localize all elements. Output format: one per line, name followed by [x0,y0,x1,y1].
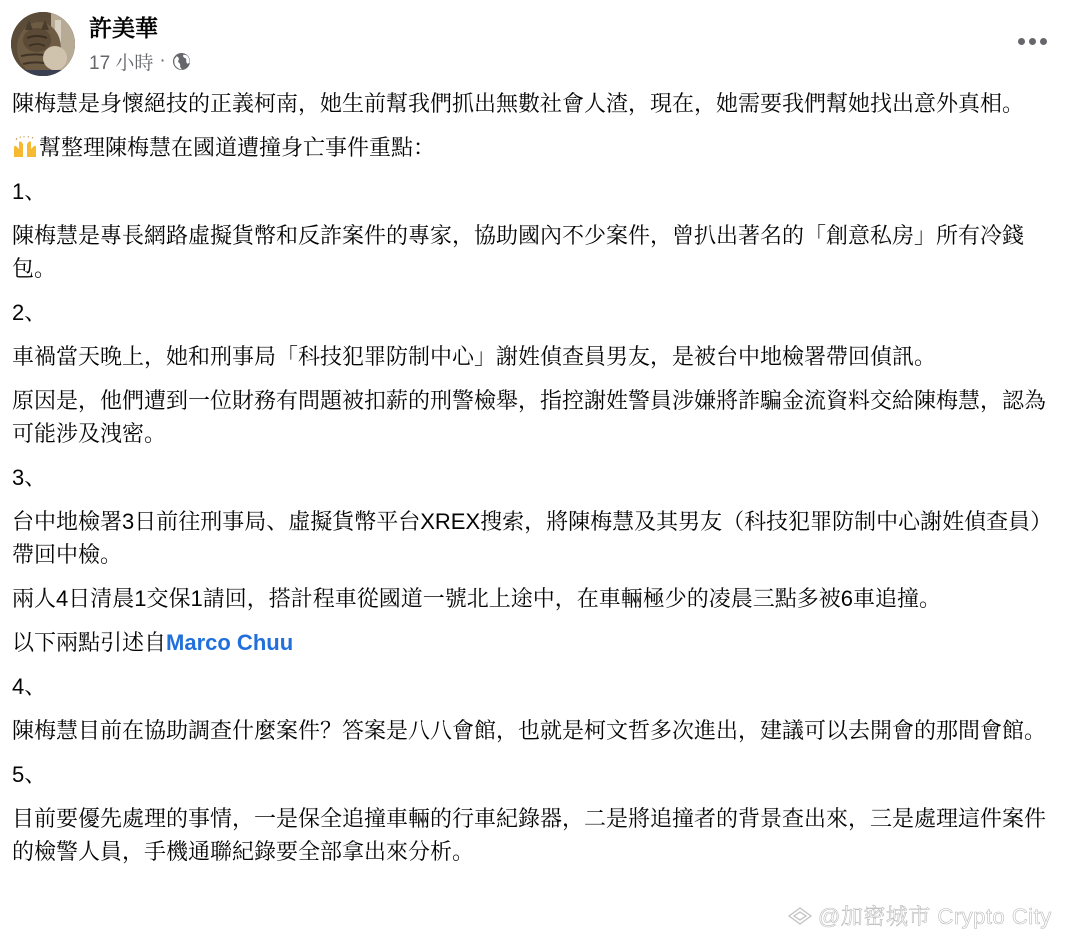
point-number-2: 2、 [12,296,1052,329]
post-body: 陳梅慧是身懷絕技的正義柯南，她生前幫我們抓出無數社會人渣，現在，她需要我們幫她找… [12,87,1052,879]
post-paragraph: 原因是，他們遭到一位財務有問題被扣薪的刑警檢舉，指控謝姓警員涉嫌將詐騙金流資料交… [12,384,1052,450]
crypto-city-logo-icon [786,905,814,927]
avatar[interactable] [11,12,75,76]
post-paragraph: 台中地檢署3日前往刑事局、虛擬貨幣平台XREX搜索，將陳梅慧及其男友（科技犯罪防… [12,505,1052,571]
watermark-text: @加密城市 Crypto City [818,900,1052,931]
author-name[interactable]: 許美華 [89,13,158,43]
post-paragraph-summary-heading: 幫整理陳梅慧在國道遭撞身亡事件重點： [12,131,1052,164]
quote-prefix: 以下兩點引述自 [12,630,166,655]
avatar-cat-photo-icon [11,12,75,76]
point-number-5: 5、 [12,758,1052,791]
post-timestamp[interactable]: 17 小時 [89,48,153,75]
point-number-3: 3、 [12,461,1052,494]
post-paragraph: 車禍當天晚上，她和刑事局「科技犯罪防制中心」謝姓偵查員男友，是被台中地檢署帶回偵… [12,340,1052,373]
post-paragraph: 兩人4日清晨1交保1請回，搭計程車從國道一號北上途中，在車輛極少的凌晨三點多被6… [12,582,1052,615]
quote-attribution: 以下兩點引述自Marco Chuu [12,626,1052,659]
post-paragraph: 陳梅慧是專長網路虛擬貨幣和反詐案件的專家，協助國內不少案件，曾扒出著名的「創意私… [12,219,1052,285]
post-paragraph: 目前要優先處理的事情，一是保全追撞車輛的行車紀錄器，二是將追撞者的背景查出來，三… [12,802,1052,868]
raising-hands-emoji-icon [12,134,38,156]
globe-icon[interactable] [172,52,191,71]
more-options-button[interactable] [1014,30,1050,52]
post-meta: 17 小時 · [89,48,191,74]
point-number-4: 4、 [12,670,1052,703]
more-options-dot [1029,38,1036,45]
more-options-icon [1018,38,1025,45]
post-paragraph: 陳梅慧是身懷絕技的正義柯南，她生前幫我們抓出無數社會人渣，現在，她需要我們幫她找… [12,87,1052,120]
point-number-1: 1、 [12,175,1052,208]
mention-link-marco-chuu[interactable]: Marco Chuu [166,630,293,655]
watermark: @加密城市 Crypto City [786,900,1052,931]
summary-heading-text: 幫整理陳梅慧在國道遭撞身亡事件重點： [39,135,435,160]
more-options-dot [1040,38,1047,45]
meta-separator: · [159,50,165,72]
post-paragraph: 陳梅慧目前在協助調查什麼案件？答案是八八會館，也就是柯文哲多次進出，建議可以去開… [12,714,1052,747]
post-header: 許美華 17 小時 · [0,0,1076,82]
